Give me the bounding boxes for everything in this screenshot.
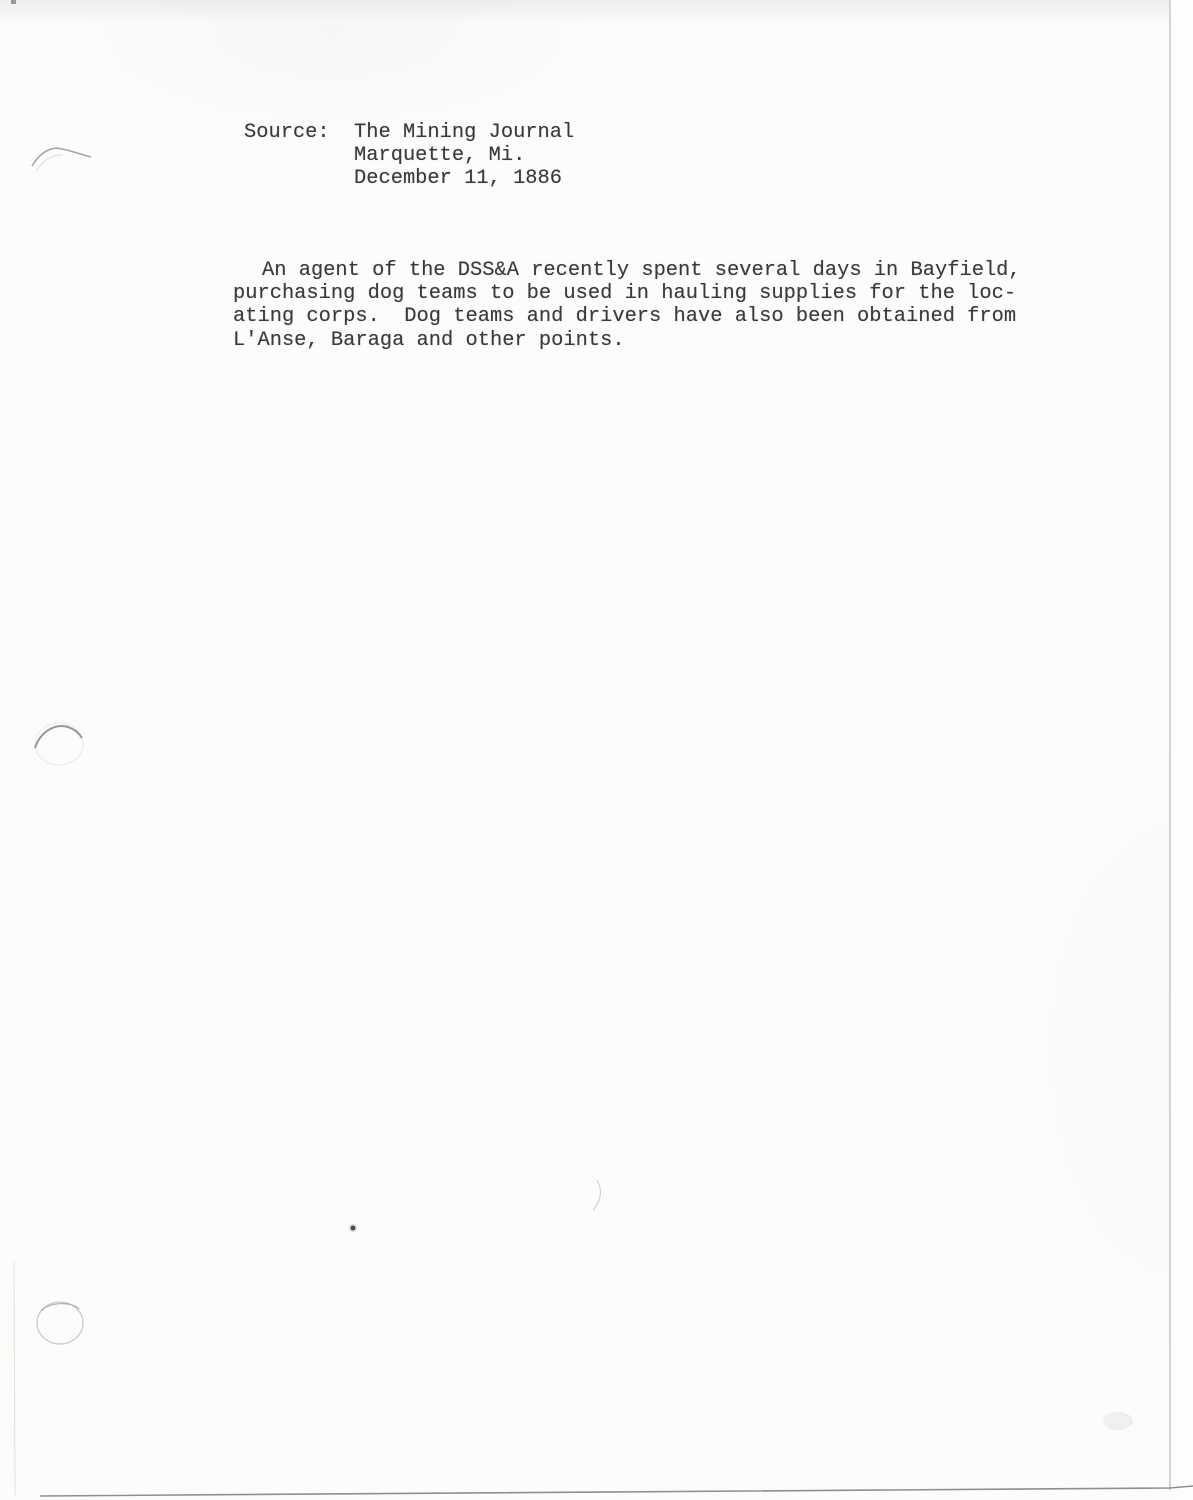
source-values: The Mining Journal Marquette, Mi. Decemb… xyxy=(354,121,574,191)
ink-dot-halo xyxy=(349,1224,357,1232)
source-publication: The Mining Journal xyxy=(354,121,574,144)
article-paragraph: An agent of the DSS&A recently spent sev… xyxy=(233,259,1021,352)
hole-punch-ring-middle xyxy=(35,723,83,765)
paper-edge-left xyxy=(14,1262,15,1495)
scan-top-shading xyxy=(0,0,1193,28)
hole-punch-mark-bottom xyxy=(41,1304,79,1311)
paper-texture xyxy=(0,0,1193,1500)
source-location: Marquette, Mi. xyxy=(354,144,574,167)
paper-edge-bottom xyxy=(40,1486,1193,1496)
scan-margin-right xyxy=(1171,0,1193,1500)
paragraph-line-2: purchasing dog teams to be used in hauli… xyxy=(233,282,1021,305)
scanned-document-page: Source: The Mining Journal Marquette, Mi… xyxy=(0,0,1193,1500)
paragraph-line-3: ating corps. Dog teams and drivers have … xyxy=(233,305,1021,328)
crease-mark xyxy=(593,1180,600,1210)
source-date: December 11, 1886 xyxy=(354,167,574,190)
paragraph-line-1: An agent of the DSS&A recently spent sev… xyxy=(233,259,1021,282)
smudge-mark xyxy=(1103,1412,1133,1430)
source-label: Source: xyxy=(244,121,330,144)
hole-punch-mark-middle xyxy=(35,726,82,748)
hole-punch-mark-top xyxy=(32,148,91,166)
hole-punch-ring-bottom xyxy=(37,1302,83,1344)
hole-punch-mark-top-echo xyxy=(36,155,63,171)
scan-artifacts xyxy=(0,0,1193,1500)
corner-speck xyxy=(11,0,16,4)
ink-dot xyxy=(351,1226,356,1231)
paragraph-line-4: L'Anse, Baraga and other points. xyxy=(233,329,1021,352)
